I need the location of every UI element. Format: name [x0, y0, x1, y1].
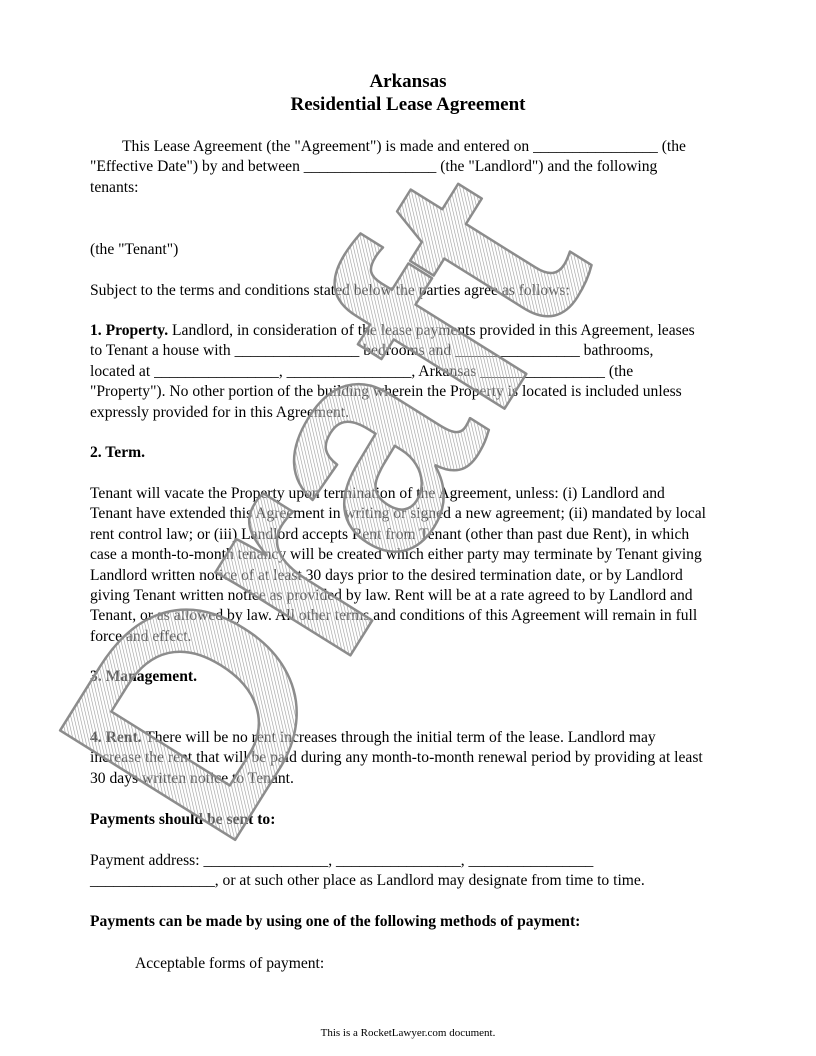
- tenant-label: (the "Tenant"): [90, 240, 730, 260]
- property-line: expressly provided for in this Agreement…: [90, 403, 730, 423]
- document-page: Arkansas Residential Lease Agreement Thi…: [0, 0, 816, 1056]
- payment-address: Payment address: ________________, _____…: [90, 851, 730, 892]
- term-line: force and effect.: [90, 627, 730, 647]
- acceptable-forms-label: Acceptable forms of payment:: [135, 954, 775, 974]
- term-line: Tenant will vacate the Property upon ter…: [90, 484, 730, 504]
- term-line: case a month-to-month tenancy will be cr…: [90, 545, 730, 565]
- document-title: Residential Lease Agreement: [0, 93, 816, 117]
- section-property: 1. Property. Landlord, in consideration …: [90, 321, 730, 423]
- payment-methods-heading: Payments can be made by using one of the…: [90, 912, 730, 932]
- term-line: Tenant, or as allowed by law. All other …: [90, 606, 730, 626]
- payments-sent-heading: Payments should be sent to:: [90, 810, 730, 830]
- intro-line: This Lease Agreement (the "Agreement") i…: [90, 137, 730, 157]
- section-heading: 4. Rent.: [90, 729, 142, 746]
- payment-address-line: ________________, or at such other place…: [90, 871, 730, 891]
- section-rent: 4. Rent. There will be no rent increases…: [90, 728, 730, 789]
- payment-address-line: Payment address: ________________, _____…: [90, 851, 730, 871]
- document-title-state: Arkansas: [0, 70, 816, 94]
- intro-line: tenants:: [90, 178, 730, 198]
- term-line: giving Tenant written notice as provided…: [90, 586, 730, 606]
- term-line: Landlord written notice of at least 30 d…: [90, 566, 730, 586]
- property-line: to Tenant a house with ________________ …: [90, 341, 730, 361]
- property-line: located at ________________, ___________…: [90, 362, 730, 382]
- rent-line: 30 days written notice to Tenant.: [90, 769, 730, 789]
- rent-line: increase the rent that will be paid duri…: [90, 748, 730, 768]
- section-heading: 1. Property.: [90, 322, 168, 339]
- property-line: "Property"). No other portion of the bui…: [90, 382, 730, 402]
- subject-paragraph: Subject to the terms and conditions stat…: [90, 281, 730, 301]
- intro-paragraph: This Lease Agreement (the "Agreement") i…: [90, 137, 730, 198]
- term-line: Tenant have extended this Agreement in w…: [90, 504, 730, 524]
- section-term: Tenant will vacate the Property upon ter…: [90, 484, 730, 647]
- term-line: rent control law; or (iii) Landlord acce…: [90, 525, 730, 545]
- section-heading-term: 2. Term.: [90, 443, 730, 463]
- intro-line: "Effective Date") by and between _______…: [90, 157, 730, 177]
- footer-note: This is a RocketLawyer.com document.: [0, 1027, 816, 1039]
- section-heading-management: 3. Management.: [90, 667, 730, 687]
